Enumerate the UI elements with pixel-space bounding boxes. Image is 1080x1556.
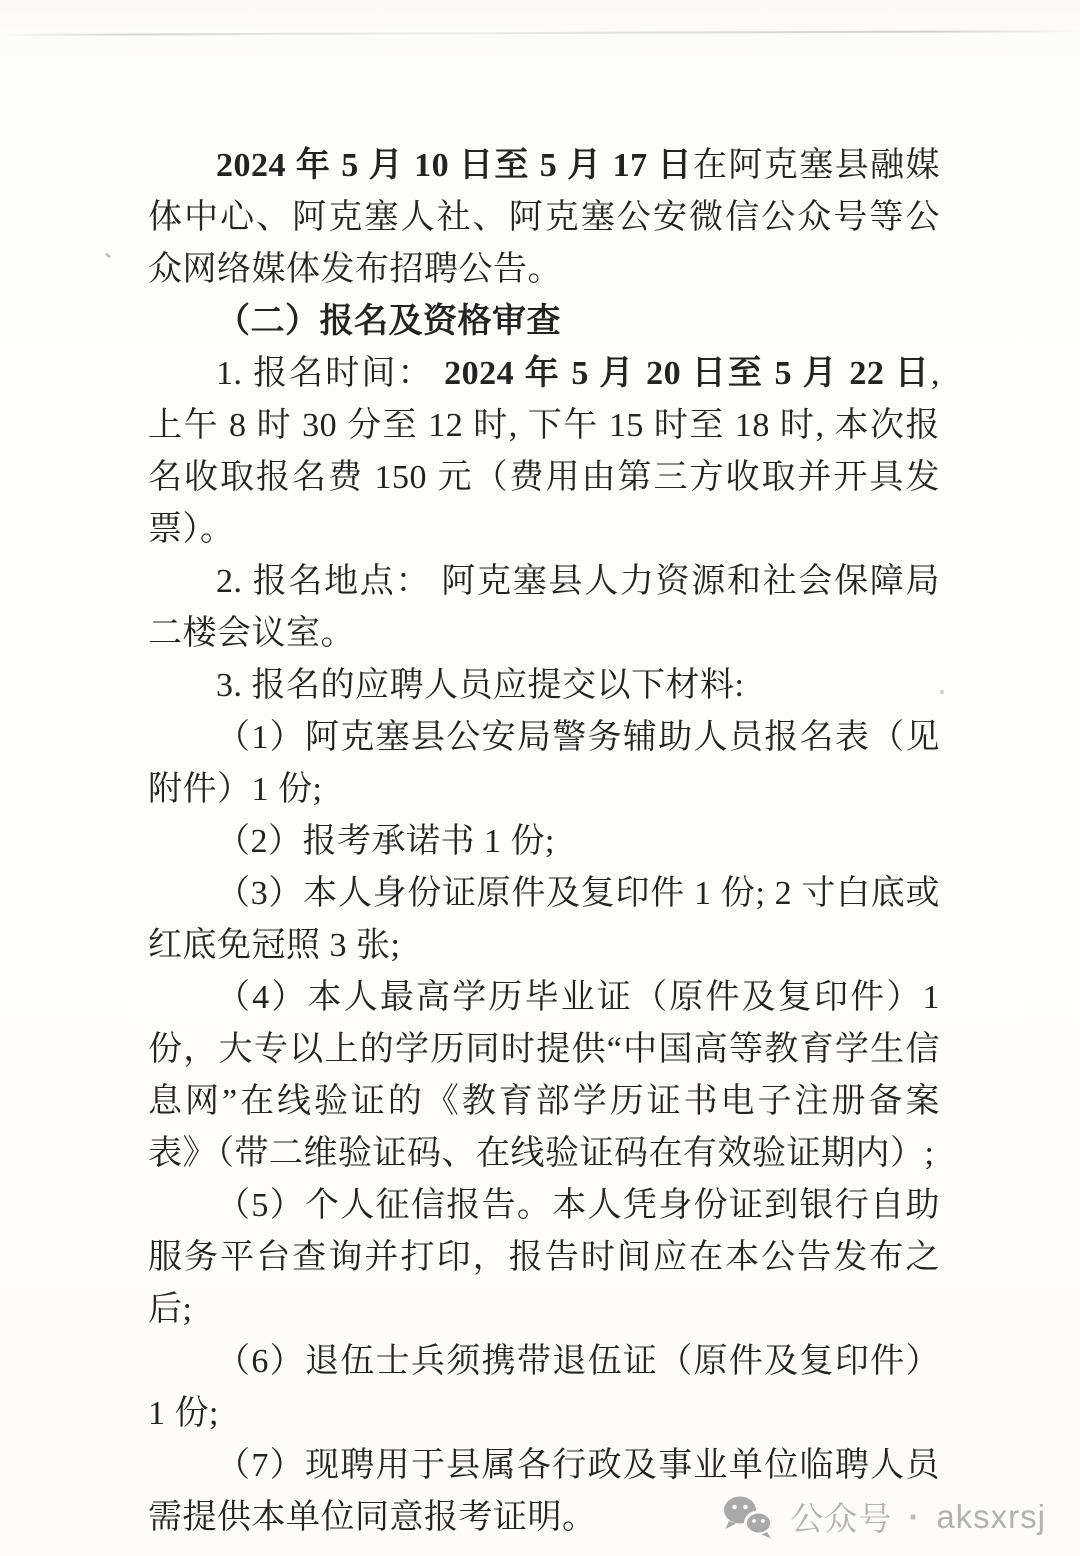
paragraph-material-4: （4）本人最高学历毕业证（原件及复印件）1 份，大专以上的学历同时提供“中国高等… (148, 972, 940, 1180)
text-segment: （6）退伍士兵须携带退伍证（原件及复印件）1 份; (148, 1343, 940, 1432)
text-segment: （4）本人最高学历毕业证（原件及复印件）1 份，大专以上的学历同时提供“中国高等… (148, 979, 940, 1172)
paragraph-material-5: （5）个人征信报告。本人凭身份证到银行自助服务平台查询并打印，报告时间应在本公告… (148, 1180, 940, 1336)
watermark-account: aksxrsj (936, 1498, 1046, 1536)
paragraph-material-1: （1）阿克塞县公安局警务辅助人员报名表（见附件）1 份; (148, 712, 940, 816)
paragraph-material-6: （6）退伍士兵须携带退伍证（原件及复印件）1 份; (148, 1336, 940, 1440)
paragraph-registration-time: 1. 报名时间： 2024 年 5 月 20 日至 5 月 22 日, 上午 8… (148, 348, 940, 556)
scan-speck (940, 690, 944, 694)
paragraph-materials-intro: 3. 报名的应聘人员应提交以下材料: (148, 660, 940, 712)
text-segment: 1. 报名时间： (216, 355, 444, 392)
text-segment: 3. 报名的应聘人员应提交以下材料: (216, 667, 744, 704)
wechat-watermark: 公众号 · aksxrsj (720, 1493, 1046, 1540)
paragraph-publish-notice: 2024 年 5 月 10 日至 5 月 17 日在阿克塞县融媒体中心、阿克塞人… (148, 140, 940, 296)
document-page: 2024 年 5 月 10 日至 5 月 17 日在阿克塞县融媒体中心、阿克塞人… (0, 0, 1080, 1556)
text-segment: 2. 报名地点： 阿克塞县人力资源和社会保障局二楼会议室。 (148, 563, 940, 652)
scan-speck (105, 252, 112, 258)
document-text: 2024 年 5 月 10 日至 5 月 17 日在阿克塞县融媒体中心、阿克塞人… (148, 140, 940, 1544)
text-segment: （5）个人征信报告。本人凭身份证到银行自助服务平台查询并打印，报告时间应在本公告… (148, 1187, 940, 1328)
scan-crease (0, 30, 1080, 36)
watermark-label: 公众号 (790, 1493, 892, 1540)
paragraph-material-3: （3）本人身份证原件及复印件 1 份; 2 寸白底或红底免冠照 3 张; (148, 868, 940, 972)
paragraph-registration-place: 2. 报名地点： 阿克塞县人力资源和社会保障局二楼会议室。 (148, 556, 940, 660)
text-segment-bold: （二）报名及资格审查 (216, 303, 561, 340)
section-heading: （二）报名及资格审查 (148, 296, 940, 348)
watermark-separator: · (908, 1498, 920, 1536)
text-segment: （1）阿克塞县公安局警务辅助人员报名表（见附件）1 份; (148, 719, 940, 808)
text-segment-bold: 2024 年 5 月 20 日至 5 月 22 日 (444, 355, 931, 392)
text-segment: （3）本人身份证原件及复印件 1 份; 2 寸白底或红底免冠照 3 张; (148, 875, 940, 964)
text-segment-bold: 2024 年 5 月 10 日至 5 月 17 日 (216, 147, 693, 184)
text-segment: （2）报考承诺书 1 份; (216, 823, 555, 860)
wechat-icon (720, 1494, 776, 1540)
paragraph-material-2: （2）报考承诺书 1 份; (148, 816, 940, 868)
